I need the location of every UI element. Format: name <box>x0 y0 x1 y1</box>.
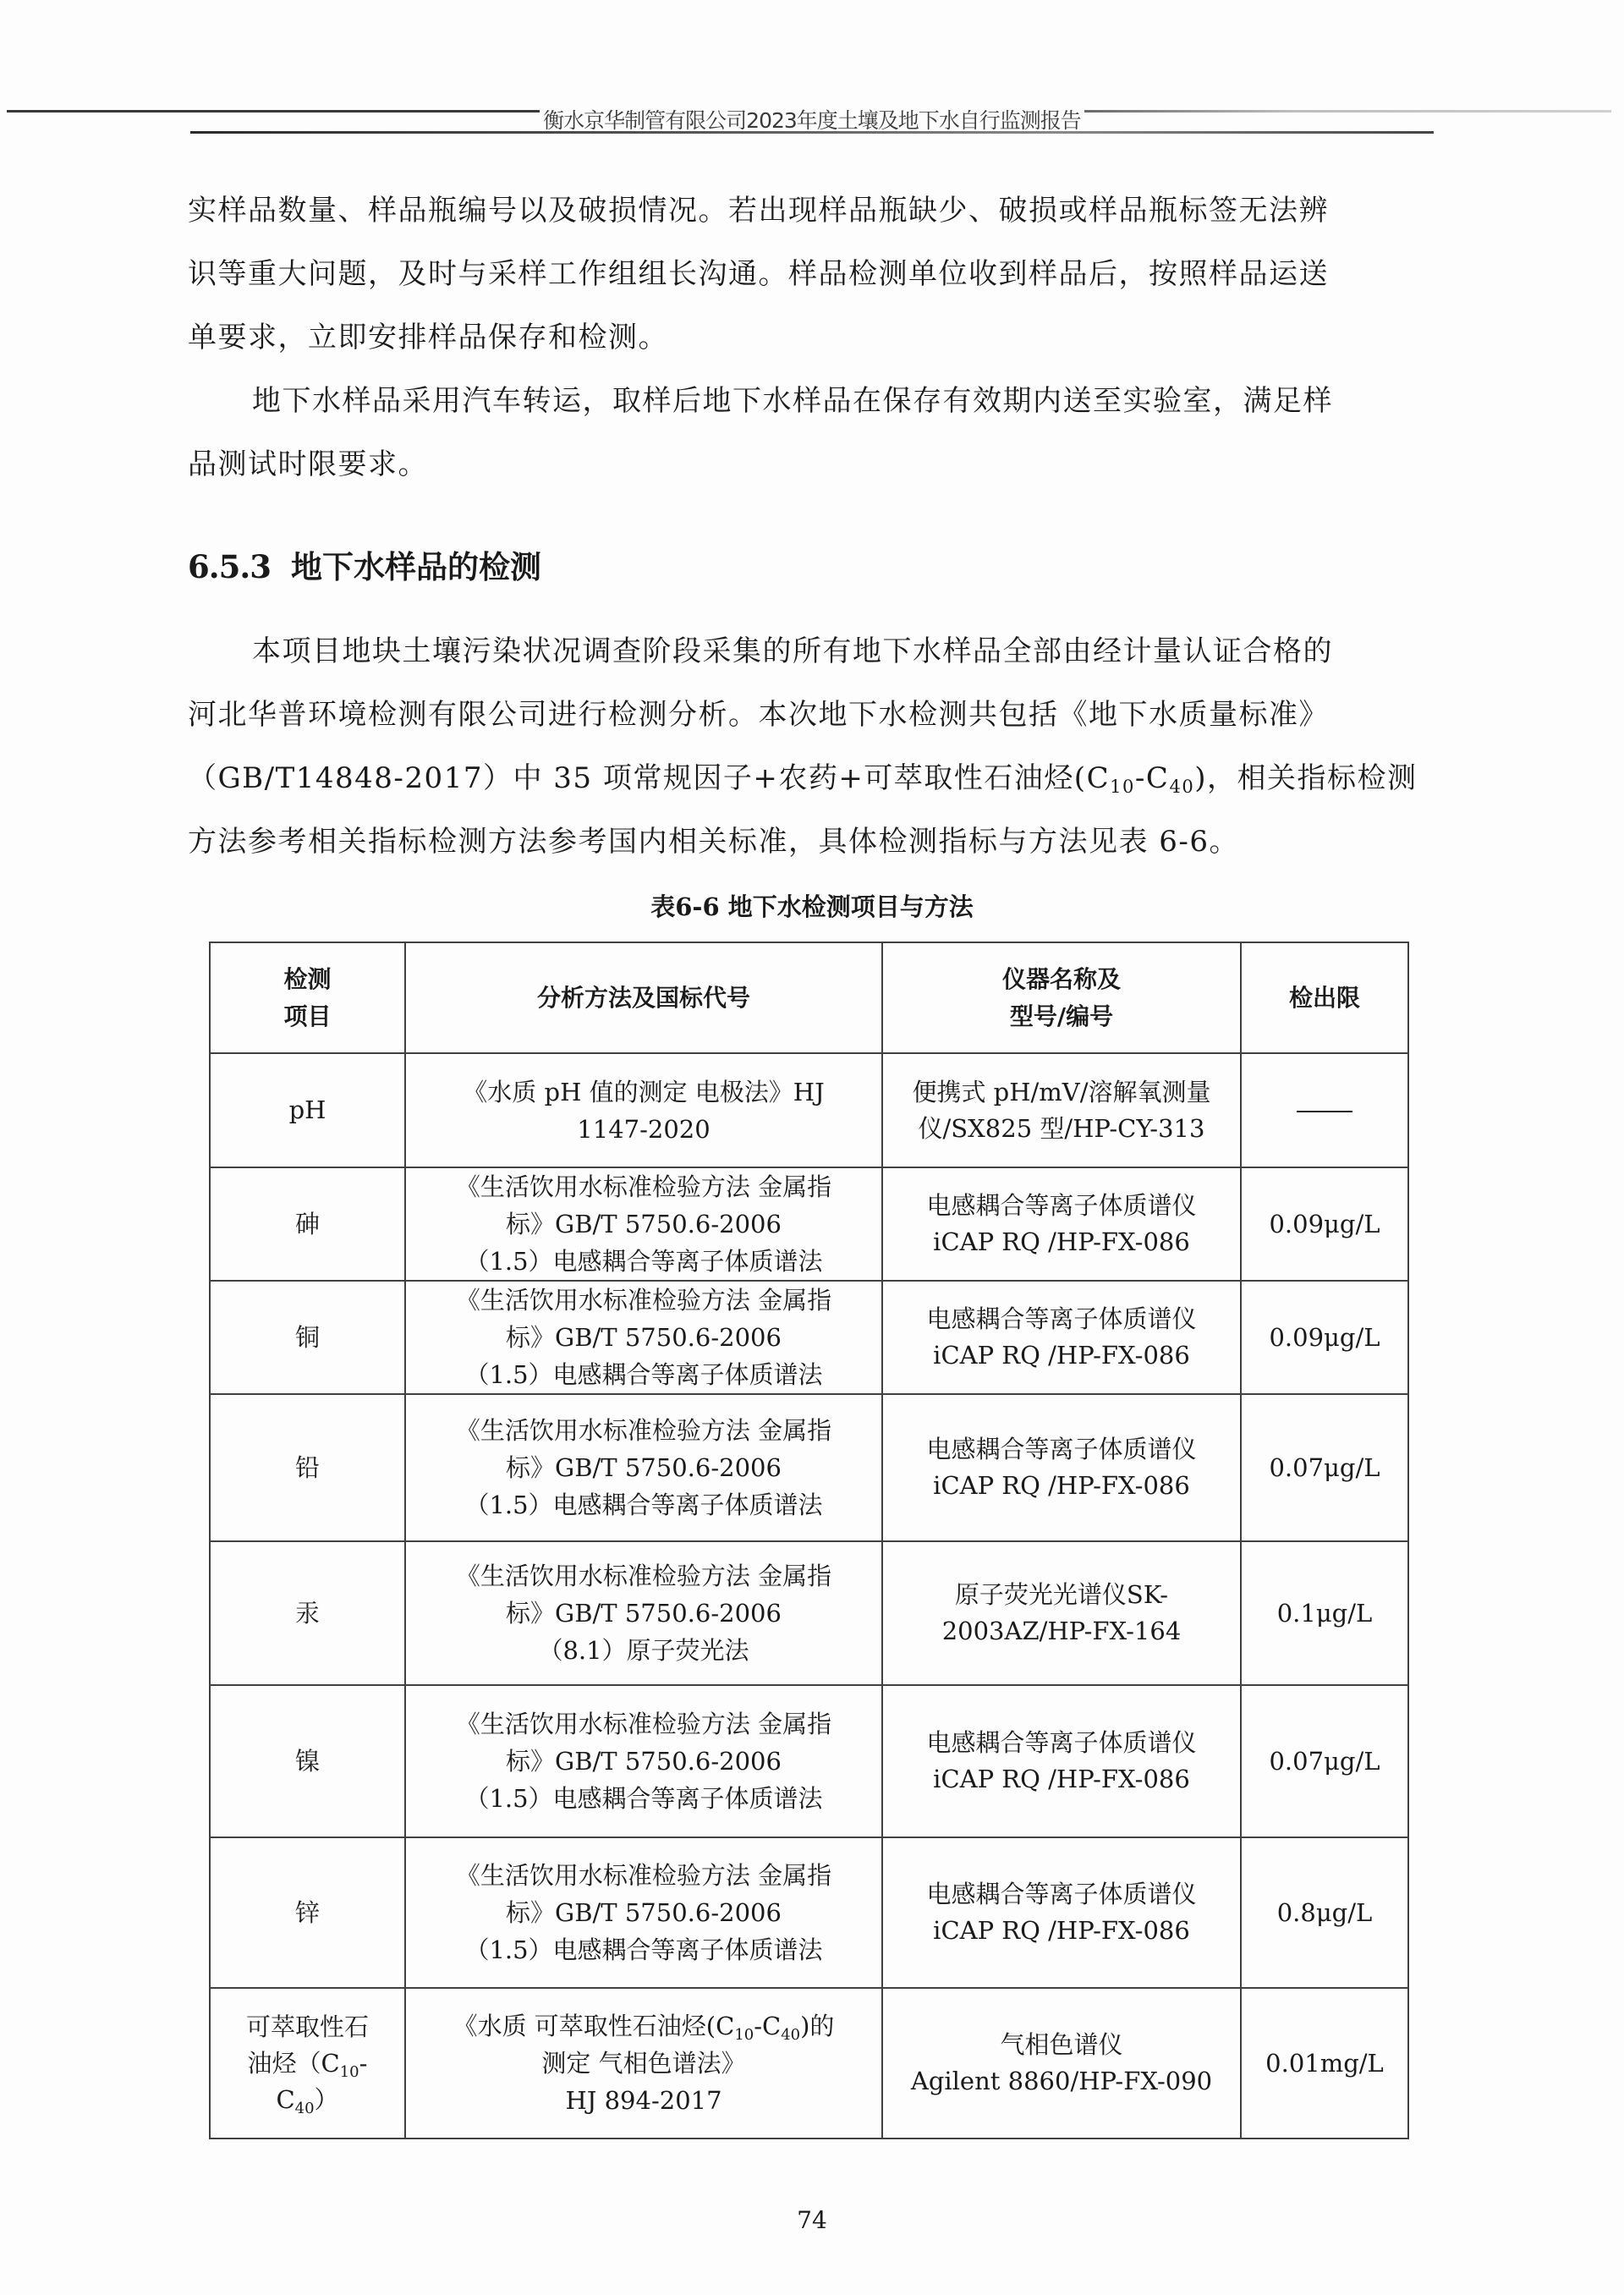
section-title: 地下水样品的检测 <box>291 548 541 585</box>
cell-method: 《生活饮用水标准检验方法 金属指标》GB/T 5750.6-2006（1.5）电… <box>405 1281 882 1394</box>
cell-instrument: 电感耦合等离子体质谱仪iCAP RQ /HP-FX-086 <box>882 1281 1241 1394</box>
testing-methods-table: 检测项目 分析方法及国标代号 仪器名称及型号/编号 检出限 pH 《水质 pH … <box>209 942 1409 2139</box>
text-line: 本项目地块土壤污染状况调查阶段采集的所有地下水样品全部由经计量认证合格的 <box>188 620 1440 684</box>
header-method: 分析方法及国标代号 <box>405 942 882 1053</box>
cell-instrument: 气相色谱仪Agilent 8860/HP-FX-090 <box>882 1988 1241 2139</box>
cell-item: pH <box>210 1053 405 1167</box>
cell-item: 可萃取性石 油烃（C10- C40） <box>210 1988 405 2139</box>
paragraph-sample-receipt: 实样品数量、样品瓶编号以及破损情况。若出现样品瓶缺少、破损或样品瓶标签无法辨 识… <box>188 179 1440 370</box>
cell-item: 镍 <box>210 1685 405 1837</box>
cell-item: 汞 <box>210 1541 405 1685</box>
dash-placeholder <box>1297 1111 1352 1112</box>
text-line: 实样品数量、样品瓶编号以及破损情况。若出现样品瓶缺少、破损或样品瓶标签无法辨 <box>188 179 1440 243</box>
cell-limit: 0.09μg/L <box>1241 1167 1408 1281</box>
cell-item: 铜 <box>210 1281 405 1394</box>
cell-limit <box>1241 1053 1408 1167</box>
cell-instrument: 电感耦合等离子体质谱仪iCAP RQ /HP-FX-086 <box>882 1394 1241 1541</box>
table-row: 可萃取性石 油烃（C10- C40） 《水质 可萃取性石油烃(C10-C40)的… <box>210 1988 1408 2139</box>
table-row: 镍 《生活饮用水标准检验方法 金属指标》GB/T 5750.6-2006（1.5… <box>210 1685 1408 1837</box>
section-heading: 6.5.3地下水样品的检测 <box>188 541 541 592</box>
text-line: 方法参考相关指标检测方法参考国内相关标准，具体检测指标与方法见表 6-6。 <box>188 810 1440 874</box>
paragraph-testing-scope: 本项目地块土壤污染状况调查阶段采集的所有地下水样品全部由经计量认证合格的 河北华… <box>188 620 1440 874</box>
cell-method: 《生活饮用水标准检验方法 金属指标》GB/T 5750.6-2006（1.5）电… <box>405 1685 882 1837</box>
header-limit: 检出限 <box>1241 942 1408 1053</box>
cell-item: 铅 <box>210 1394 405 1541</box>
cell-limit: 0.09μg/L <box>1241 1281 1408 1394</box>
table-caption: 表6-6 地下水检测项目与方法 <box>0 890 1624 924</box>
table-row: 砷 《生活饮用水标准检验方法 金属指标》GB/T 5750.6-2006（1.5… <box>210 1167 1408 1281</box>
cell-method: 《生活饮用水标准检验方法 金属指标》GB/T 5750.6-2006（1.5）电… <box>405 1167 882 1281</box>
table-row: 铜 《生活饮用水标准检验方法 金属指标》GB/T 5750.6-2006（1.5… <box>210 1281 1408 1394</box>
table-row: 锌 《生活饮用水标准检验方法 金属指标》GB/T 5750.6-2006（1.5… <box>210 1837 1408 1988</box>
paragraph-transport: 地下水样品采用汽车转运，取样后地下水样品在保存有效期内送至实验室，满足样 品测试… <box>188 370 1440 497</box>
cell-method: 《生活饮用水标准检验方法 金属指标》GB/T 5750.6-2006（8.1）原… <box>405 1541 882 1685</box>
cell-limit: 0.07μg/L <box>1241 1394 1408 1541</box>
cell-limit: 0.01mg/L <box>1241 1988 1408 2139</box>
table-row: pH 《水质 pH 值的测定 电极法》HJ1147-2020 便携式 pH/mV… <box>210 1053 1408 1167</box>
cell-method: 《生活饮用水标准检验方法 金属指标》GB/T 5750.6-2006（1.5）电… <box>405 1837 882 1988</box>
running-header: 衡水京华制管有限公司2023年度土壤及地下水自行监测报告 <box>0 108 1624 134</box>
cell-method: 《水质 可萃取性石油烃(C10-C40)的 测定 气相色谱法》 HJ 894-2… <box>405 1988 882 2139</box>
cell-instrument: 电感耦合等离子体质谱仪iCAP RQ /HP-FX-086 <box>882 1837 1241 1988</box>
cell-method: 《水质 pH 值的测定 电极法》HJ1147-2020 <box>405 1053 882 1167</box>
table-header-row: 检测项目 分析方法及国标代号 仪器名称及型号/编号 检出限 <box>210 942 1408 1053</box>
cell-item: 砷 <box>210 1167 405 1281</box>
text-line: （GB/T14848-2017）中 35 项常规因子+农药+可萃取性石油烃(C1… <box>188 747 1440 810</box>
text-line: 品测试时限要求。 <box>188 433 1440 497</box>
section-number: 6.5.3 <box>188 548 271 585</box>
text-line: 地下水样品采用汽车转运，取样后地下水样品在保存有效期内送至实验室，满足样 <box>188 370 1440 433</box>
cell-instrument: 原子荧光光谱仪SK-2003AZ/HP-FX-164 <box>882 1541 1241 1685</box>
cell-limit: 0.07μg/L <box>1241 1685 1408 1837</box>
cell-item: 锌 <box>210 1837 405 1988</box>
text-line: 识等重大问题，及时与采样工作组组长沟通。样品检测单位收到样品后，按照样品运送 <box>188 243 1440 306</box>
header-instrument: 仪器名称及型号/编号 <box>882 942 1241 1053</box>
table-row: 铅 《生活饮用水标准检验方法 金属指标》GB/T 5750.6-2006（1.5… <box>210 1394 1408 1541</box>
header-rule-bottom <box>190 131 1434 134</box>
cell-instrument: 便携式 pH/mV/溶解氧测量仪/SX825 型/HP-CY-313 <box>882 1053 1241 1167</box>
cell-limit: 0.1μg/L <box>1241 1541 1408 1685</box>
text-line: 河北华普环境检测有限公司进行检测分析。本次地下水检测共包括《地下水质量标准》 <box>188 684 1440 747</box>
cell-instrument: 电感耦合等离子体质谱仪iCAP RQ /HP-FX-086 <box>882 1685 1241 1837</box>
text-line: 单要求，立即安排样品保存和检测。 <box>188 306 1440 370</box>
page-number: 74 <box>0 2206 1624 2234</box>
cell-instrument: 电感耦合等离子体质谱仪iCAP RQ /HP-FX-086 <box>882 1167 1241 1281</box>
cell-limit: 0.8μg/L <box>1241 1837 1408 1988</box>
cell-method: 《生活饮用水标准检验方法 金属指标》GB/T 5750.6-2006（1.5）电… <box>405 1394 882 1541</box>
header-item: 检测项目 <box>210 942 405 1053</box>
table-row: 汞 《生活饮用水标准检验方法 金属指标》GB/T 5750.6-2006（8.1… <box>210 1541 1408 1685</box>
